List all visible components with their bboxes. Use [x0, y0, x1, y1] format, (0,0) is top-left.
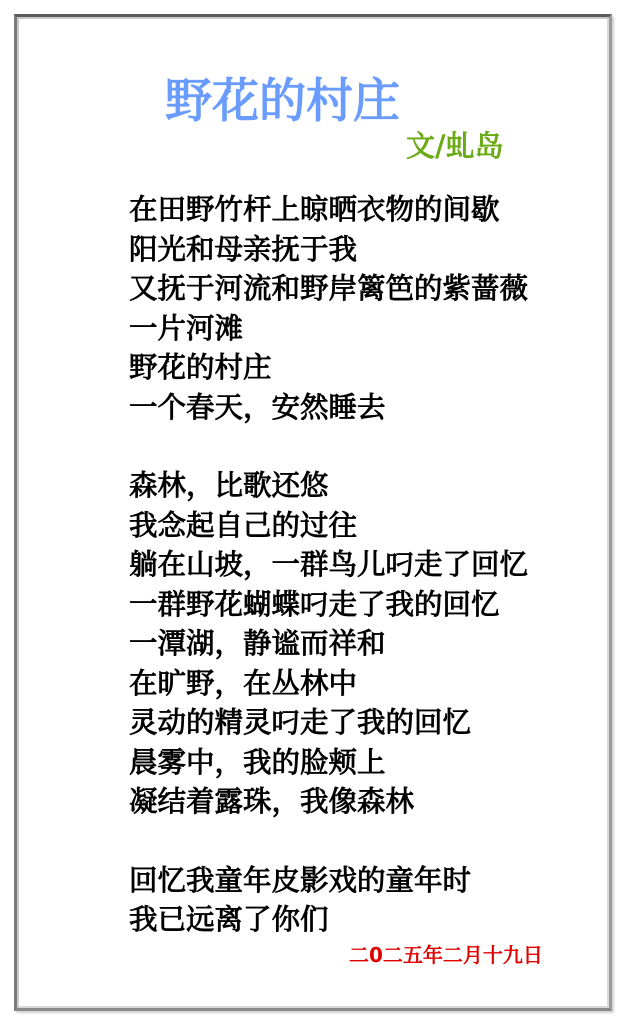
stanza-1: 在田野竹杆上晾晒衣物的间歇 阳光和母亲抚于我 又抚于河流和野岸篱笆的紫蔷薇 一片…	[129, 190, 528, 427]
poem-line: 一群野花蝴蝶叼走了我的回忆	[129, 585, 528, 625]
poem-line: 在旷野，在丛林中	[129, 664, 528, 704]
stanza-3: 回忆我童年皮影戏的童年时 我已远离了你们	[129, 861, 528, 940]
poem-line: 躺在山坡，一群鸟儿叼走了回忆	[129, 545, 528, 585]
poem-line: 灵动的精灵叼走了我的回忆	[129, 703, 528, 743]
poem-line: 野花的村庄	[129, 348, 528, 388]
poem-body: 在田野竹杆上晾晒衣物的间歇 阳光和母亲抚于我 又抚于河流和野岸篱笆的紫蔷薇 一片…	[129, 190, 528, 979]
poem-date: 二0二五年二月十九日	[349, 943, 543, 967]
poem-line: 森林，比歌还悠	[129, 466, 528, 506]
stanza-2: 森林，比歌还悠 我念起自己的过往 躺在山坡，一群鸟儿叼走了回忆 一群野花蝴蝶叼走…	[129, 466, 528, 822]
poem-line: 阳光和母亲抚于我	[129, 230, 528, 270]
poem-line: 凝结着露珠，我像森林	[129, 782, 528, 822]
poem-line: 我念起自己的过往	[129, 506, 528, 546]
poem-line: 又抚于河流和野岸篱笆的紫蔷薇	[129, 269, 528, 309]
poem-line: 一个春天，安然睡去	[129, 388, 528, 428]
poem-author: 文/虬岛	[406, 128, 504, 164]
poem-line: 一潭湖，静谧而祥和	[129, 624, 528, 664]
poem-line: 我已远离了你们	[129, 900, 528, 940]
poem-line: 一片河滩	[129, 309, 528, 349]
poem-title: 野花的村庄	[165, 74, 400, 130]
poem-line: 回忆我童年皮影戏的童年时	[129, 861, 528, 901]
poem-line: 晨雾中，我的脸颊上	[129, 743, 528, 783]
poem-line: 在田野竹杆上晾晒衣物的间歇	[129, 190, 528, 230]
